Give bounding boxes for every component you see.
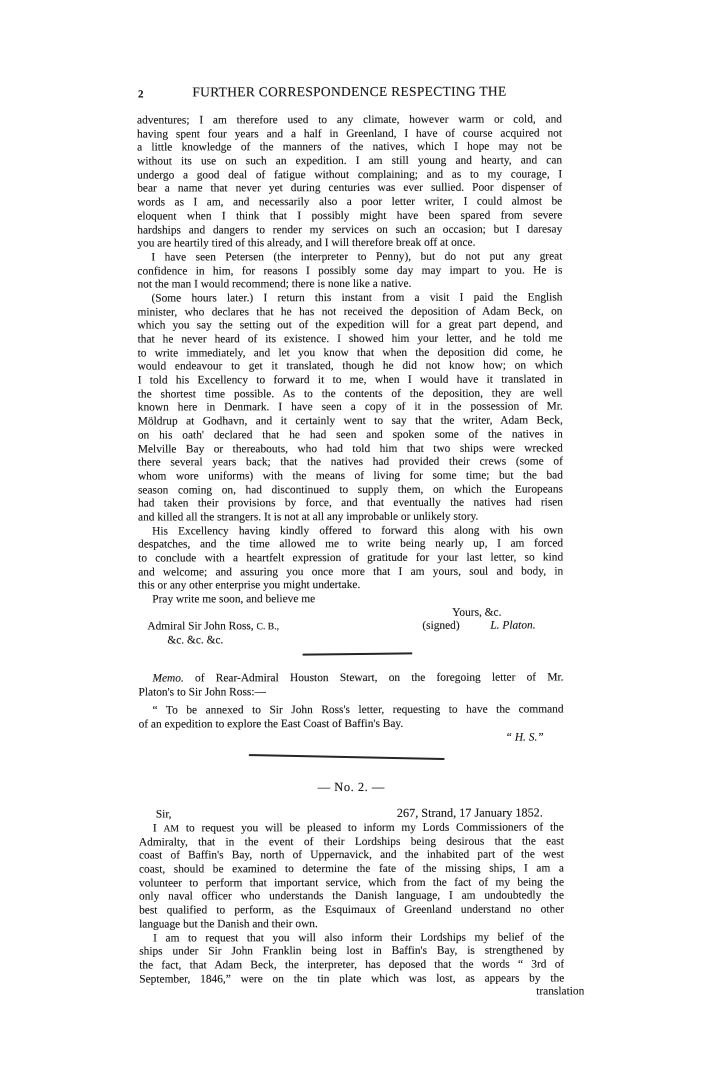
text-line: I am to request that you will also infor… [139,931,564,946]
text-line: ships under Sir John Franklin being lost… [139,945,564,960]
text-line: eloquent when I think that I possibly mi… [137,209,562,224]
text-line: having spent four years and a half in Gr… [137,127,562,142]
paragraph: I AM to request you will be pleased to i… [139,821,564,932]
page-number: 2 [138,87,144,104]
paragraph: Pray write me soon, and believe me [138,593,563,608]
signed-label: (signed) [422,620,459,634]
text-line: Platon's to Sir John Ross:— [138,685,563,700]
text-line: hardships and dangers to render my servi… [137,223,562,238]
signature-block: Yours, &c. Admiral Sir John Ross, C. B.,… [138,606,563,648]
addressee-postnominal: C. B., [256,622,279,633]
text-segment: AM [163,823,179,834]
text-segment: of Rear-Admiral Houston Stewart, on the … [184,671,564,684]
paragraph: Memo. of Rear-Admiral Houston Stewart, o… [138,671,563,699]
text-line: Memo. of Rear-Admiral Houston Stewart, o… [138,671,563,686]
memo-body: Memo. of Rear-Admiral Houston Stewart, o… [138,671,563,732]
text-line: the shortest time possible. As to the co… [138,387,563,402]
text-segment: to request you will be pleased to inform… [179,821,564,834]
section-heading-no2: — No. 2. — [139,780,564,795]
text-line: coast of Baffin's Bay, north of Uppernav… [139,849,564,864]
text-line: His Excellency having kindly offered to … [138,524,563,539]
letter-platon-body: adventures; I am therefore used to any c… [137,113,563,607]
text-line: and welcome; and assuring you once more … [138,565,563,580]
text-line: Möldrup at Godhavn, and it certainly wen… [138,415,563,430]
text-line: volunteer to perform that important serv… [139,876,564,891]
paragraph: “ To be annexed to Sir John Ross's lette… [139,704,564,732]
text-line: (Some hours later.) I return this instan… [137,291,562,306]
text-line: on his oath' declared that he had seen a… [138,428,563,443]
addressee-etc: &c. &c. &c. [138,634,563,649]
text-line: best qualified to perform, as the Esquim… [139,904,564,919]
paragraph: I am to request that you will also infor… [139,931,564,987]
salutation: Sir, [156,809,172,823]
page-header: 2 FURTHER CORRESPONDENCE RESPECTING THE [137,82,562,100]
text-line: there several years back; that the nativ… [138,456,563,471]
memo-initials: “ H. S.” [139,731,564,746]
text-line: despatches, and the time allowed me to w… [138,538,563,553]
addressee-name: Admiral Sir John Ross, [147,621,256,633]
running-title: FURTHER CORRESPONDENCE RESPECTING THE [192,84,506,100]
text-line: Pray write me soon, and believe me [138,593,563,608]
text-line: a little knowledge of the manners of the… [137,141,562,156]
catchword: translation [139,986,584,1001]
text-line: minister, who declares that he has not r… [137,305,562,320]
letter-no2-opening: Sir, 267, Strand, 17 January 1852. [139,807,564,823]
text-line: and killed all the strangers. It is not … [138,510,563,525]
text-line: would endeavour to get it translated, th… [138,360,563,375]
text-line: only naval officer who understands the D… [139,890,564,905]
signature-row: Admiral Sir John Ross, C. B., (signed) L… [138,620,563,635]
text-line: language but the Danish and their own. [139,917,564,932]
text-line: season coming on, had discontinued to su… [138,483,563,498]
section-divider-long [249,754,445,760]
text-line: adventures; I am therefore used to any c… [137,113,562,128]
paragraph: adventures; I am therefore used to any c… [137,113,562,251]
paragraph: I have seen Petersen (the interpreter to… [137,250,562,292]
text-line: I told his Excellency to forward it to m… [138,374,563,389]
dateline: 267, Strand, 17 January 1852. [397,807,543,821]
paragraph: His Excellency having kindly offered to … [138,524,563,594]
section-divider-short [302,652,412,655]
text-line: Admiralty, that in the event of their Lo… [139,835,564,850]
text-line: Melville Bay or thereabouts, who had tol… [138,442,563,457]
signature-name: L. Platon. [490,620,535,634]
text-line: words as I am, and necessarily also a po… [137,196,562,211]
text-line: the fact, that Adam Beck, the interprete… [139,958,564,973]
text-line: September, 1846,” were on the tin plate … [139,972,564,987]
text-line: which you say the setting out of the exp… [138,319,563,334]
text-line: whom wore uniforms) with the means of li… [138,469,563,484]
text-line: I AM to request you will be pleased to i… [139,821,564,836]
text-line: confidence in him, for reasons I possibl… [137,264,562,279]
text-line: that he never heard of its existence. I … [138,332,563,347]
text-line: “ To be annexed to Sir John Ross's lette… [139,704,564,719]
text-line: without its use on such an expedition. I… [137,155,562,170]
valediction: Yours, &c. [138,606,563,621]
paragraph: (Some hours later.) I return this instan… [137,291,563,525]
text-line: had taken their provisions by force, and… [138,497,563,512]
text-segment: Memo. [152,672,183,684]
text-line: bear a name that never yet during centur… [137,182,562,197]
page-content: 2 FURTHER CORRESPONDENCE RESPECTING THE … [137,0,565,1001]
text-line: I have seen Petersen (the interpreter to… [137,250,562,265]
text-line: not the man I would recommend; there is … [137,278,562,293]
text-segment: I [153,823,164,835]
text-line: to conclude with a heartfelt expression … [138,551,563,566]
scanned-page: 2 FURTHER CORRESPONDENCE RESPECTING THE … [0,0,706,1080]
text-line: this or any other enterprise you might u… [138,579,563,594]
text-line: to write immediately, and let you know t… [138,346,563,361]
text-line: undergo a good deal of fatigue without c… [137,168,562,183]
letter-no2-body: I AM to request you will be pleased to i… [139,821,564,986]
addressee-line: Admiral Sir John Ross, C. B., [138,621,279,633]
text-line: coast, should be examined to determine t… [139,863,564,878]
text-line: known here in Denmark. I have seen a cop… [138,401,563,416]
text-line: of an expedition to explore the East Coa… [139,717,564,732]
text-line: you are heartily tired of this already, … [137,237,562,252]
